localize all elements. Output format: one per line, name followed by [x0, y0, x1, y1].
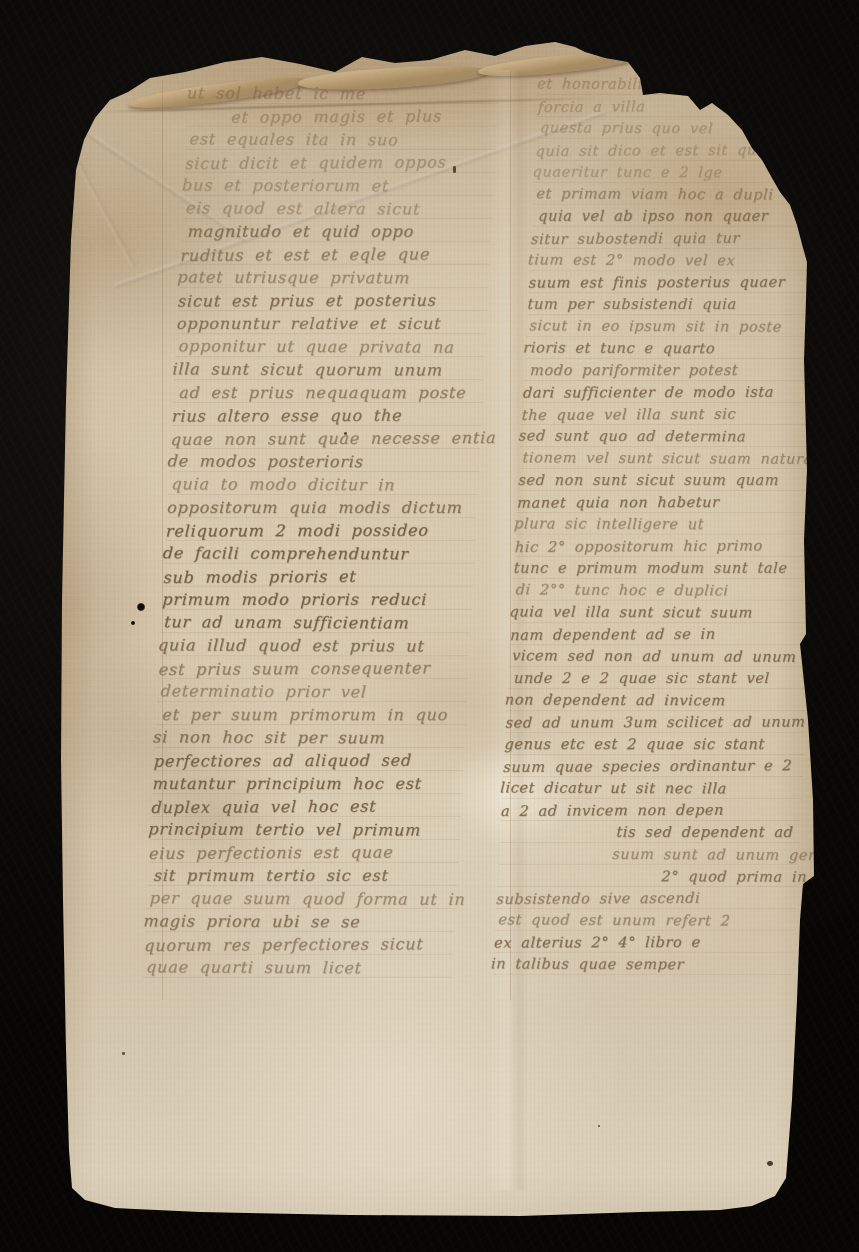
- text-line: magis priora ubi se se: [143, 909, 454, 933]
- right-text-column: et honorabiliusforcia a villaquesta priu…: [492, 74, 839, 976]
- corner-crease: [76, 161, 136, 269]
- text-line: patet utriusque privatum: [177, 265, 488, 289]
- text-line: ut sol habet ic me: [186, 81, 497, 105]
- text-line: a 2 ad invicem non depen: [500, 799, 801, 823]
- text-line: quia vel illa sunt sicut suum: [509, 601, 810, 624]
- ink-speck: [598, 1125, 600, 1127]
- text-line: quia sit dico et est sit que: [535, 139, 836, 163]
- text-line: in talibus quae semper: [490, 953, 791, 976]
- text-line: sicut dicit et quidem oppos: [185, 150, 496, 175]
- text-line: sed non sunt sicut suum quam: [518, 470, 819, 492]
- text-line: tionem vel sunt sicut suam naturam: [522, 447, 823, 471]
- text-line: rius altero esse quo the: [171, 403, 482, 427]
- text-line: vicem sed non ad unum ad unum: [511, 645, 812, 669]
- text-line: sed ad unum 3um scilicet ad unum: [505, 711, 806, 734]
- text-line: sicut in eo ipsum sit in poste: [529, 315, 830, 339]
- text-line: et honorabilius: [536, 73, 837, 96]
- text-line: et per suum primorum in quo: [162, 703, 473, 726]
- text-line: 2° quod prima in: [495, 865, 796, 888]
- text-line: sit primum tertio sic est: [153, 864, 464, 887]
- text-line: opponitur ut quae privata na: [178, 334, 489, 359]
- text-line: magnitudo et quid oppo: [187, 220, 498, 243]
- text-line: per quae suum quod forma ut in: [149, 886, 460, 911]
- text-line: et oppo magis et plus: [187, 104, 498, 129]
- text-line: unde 2 e 2 quae sic stant vel: [513, 668, 814, 690]
- text-line: forcia a villa: [537, 95, 838, 119]
- text-line: quia to modo dicitur in: [171, 472, 482, 497]
- text-line: licet dicatur ut sit nec illa: [500, 777, 801, 800]
- text-line: est prius suum consequenter: [158, 656, 469, 681]
- text-line: suum sunt ad unum genus: [501, 843, 802, 867]
- text-line: et primam viam hoc a dupli: [536, 183, 837, 207]
- text-line: suum est finis posterius quaer: [528, 271, 829, 294]
- text-line: ex alterius 2° 4° libro e: [494, 931, 795, 954]
- text-line: est equales ita in suo: [189, 127, 500, 152]
- wormhole: [131, 621, 135, 625]
- text-line: manet quia non habetur: [517, 491, 818, 514]
- ink-speck: [344, 432, 347, 435]
- text-line: quaeritur tunc e 2 lge: [532, 161, 833, 184]
- ink-speck: [767, 1161, 773, 1166]
- text-line: plura sic intelligere ut: [513, 513, 814, 536]
- ink-speck: [453, 166, 456, 173]
- text-line: questa prius quo vel: [539, 117, 840, 141]
- text-line: quia illud quod est prius ut: [157, 633, 468, 657]
- text-line: mutantur principium hoc est: [152, 772, 463, 795]
- text-line: tur ad unam sufficientiam: [164, 610, 475, 635]
- text-line: opponuntur relative et sicut: [176, 312, 487, 335]
- text-line: primum modo prioris reduci: [162, 588, 473, 611]
- photo-backdrop: ut sol habet ic me et oppo magis et plus…: [0, 0, 859, 1252]
- text-line: oppositorum quia modis dictum: [167, 496, 478, 519]
- text-line: di 2°° tunc hoc e duplici: [515, 579, 816, 603]
- wormhole: [137, 603, 145, 611]
- text-line: duplex quia vel hoc est: [151, 794, 462, 819]
- text-line: genus etc est 2 quae sic stant: [504, 734, 805, 756]
- text-line: tunc e primum modum sunt tale: [513, 558, 814, 580]
- text-line: sicut est prius et posterius: [177, 288, 488, 312]
- text-line: quae quarti suum licet: [145, 955, 456, 980]
- text-line: subsistendo sive ascendi: [496, 887, 797, 911]
- text-line: situr subostendi quia tur: [530, 227, 831, 251]
- text-line: est quod est unum refert 2: [498, 909, 799, 933]
- text-line: sed sunt quo ad determina: [518, 425, 819, 448]
- text-line: quia vel ab ipso non quaer: [538, 206, 839, 228]
- text-line: eius perfectionis est quae: [149, 840, 460, 865]
- manuscript-page: ut sol habet ic me et oppo magis et plus…: [58, 40, 814, 1220]
- text-line: tum per subsistendi quia: [527, 294, 828, 316]
- text-line: tium est 2° modo vel ex: [527, 249, 828, 272]
- text-line: ruditus et est et eqle que: [180, 242, 491, 267]
- left-text-column: ut sol habet ic me et oppo magis et plus…: [142, 82, 499, 979]
- text-line: principium tertio vel primum: [148, 817, 459, 841]
- text-line: sub modis prioris et: [163, 564, 474, 589]
- text-line: eis quod est altera sicut: [185, 196, 496, 221]
- text-line: reliquorum 2 modi possideo: [165, 518, 476, 542]
- text-line: suum quae species ordinantur e 2: [503, 755, 804, 779]
- text-line: quae non sunt quae necesse entia: [170, 426, 481, 451]
- text-line: rioris et tunc e quarto: [523, 337, 824, 360]
- text-line: perfectiores ad aliquod sed: [153, 748, 464, 772]
- text-line: modo pariformiter potest: [529, 360, 830, 382]
- text-line: illa sunt sicut quorum unum: [172, 357, 483, 381]
- text-line: de facili comprehenduntur: [162, 541, 473, 565]
- text-line: non dependent ad invicem: [504, 689, 805, 712]
- text-line: ad est prius nequaquam poste: [179, 381, 490, 404]
- text-line: hic 2° oppositorum hic primo: [514, 535, 815, 559]
- text-line: de modos posterioris: [167, 449, 478, 473]
- text-line: tis sed dependent ad: [505, 822, 806, 844]
- text-line: si non hoc sit per suum: [153, 725, 464, 749]
- text-line: dari sufficienter de modo ista: [522, 381, 823, 404]
- text-line: the quae vel illa sunt sic: [521, 403, 822, 427]
- text-line: bus et posteriorum et: [181, 173, 492, 197]
- text-line: quorum res perfectiores sicut: [144, 932, 455, 957]
- ink-speck: [122, 1052, 125, 1055]
- text-line: determinatio prior vel: [160, 679, 471, 704]
- text-line: nam dependent ad se in: [510, 623, 811, 647]
